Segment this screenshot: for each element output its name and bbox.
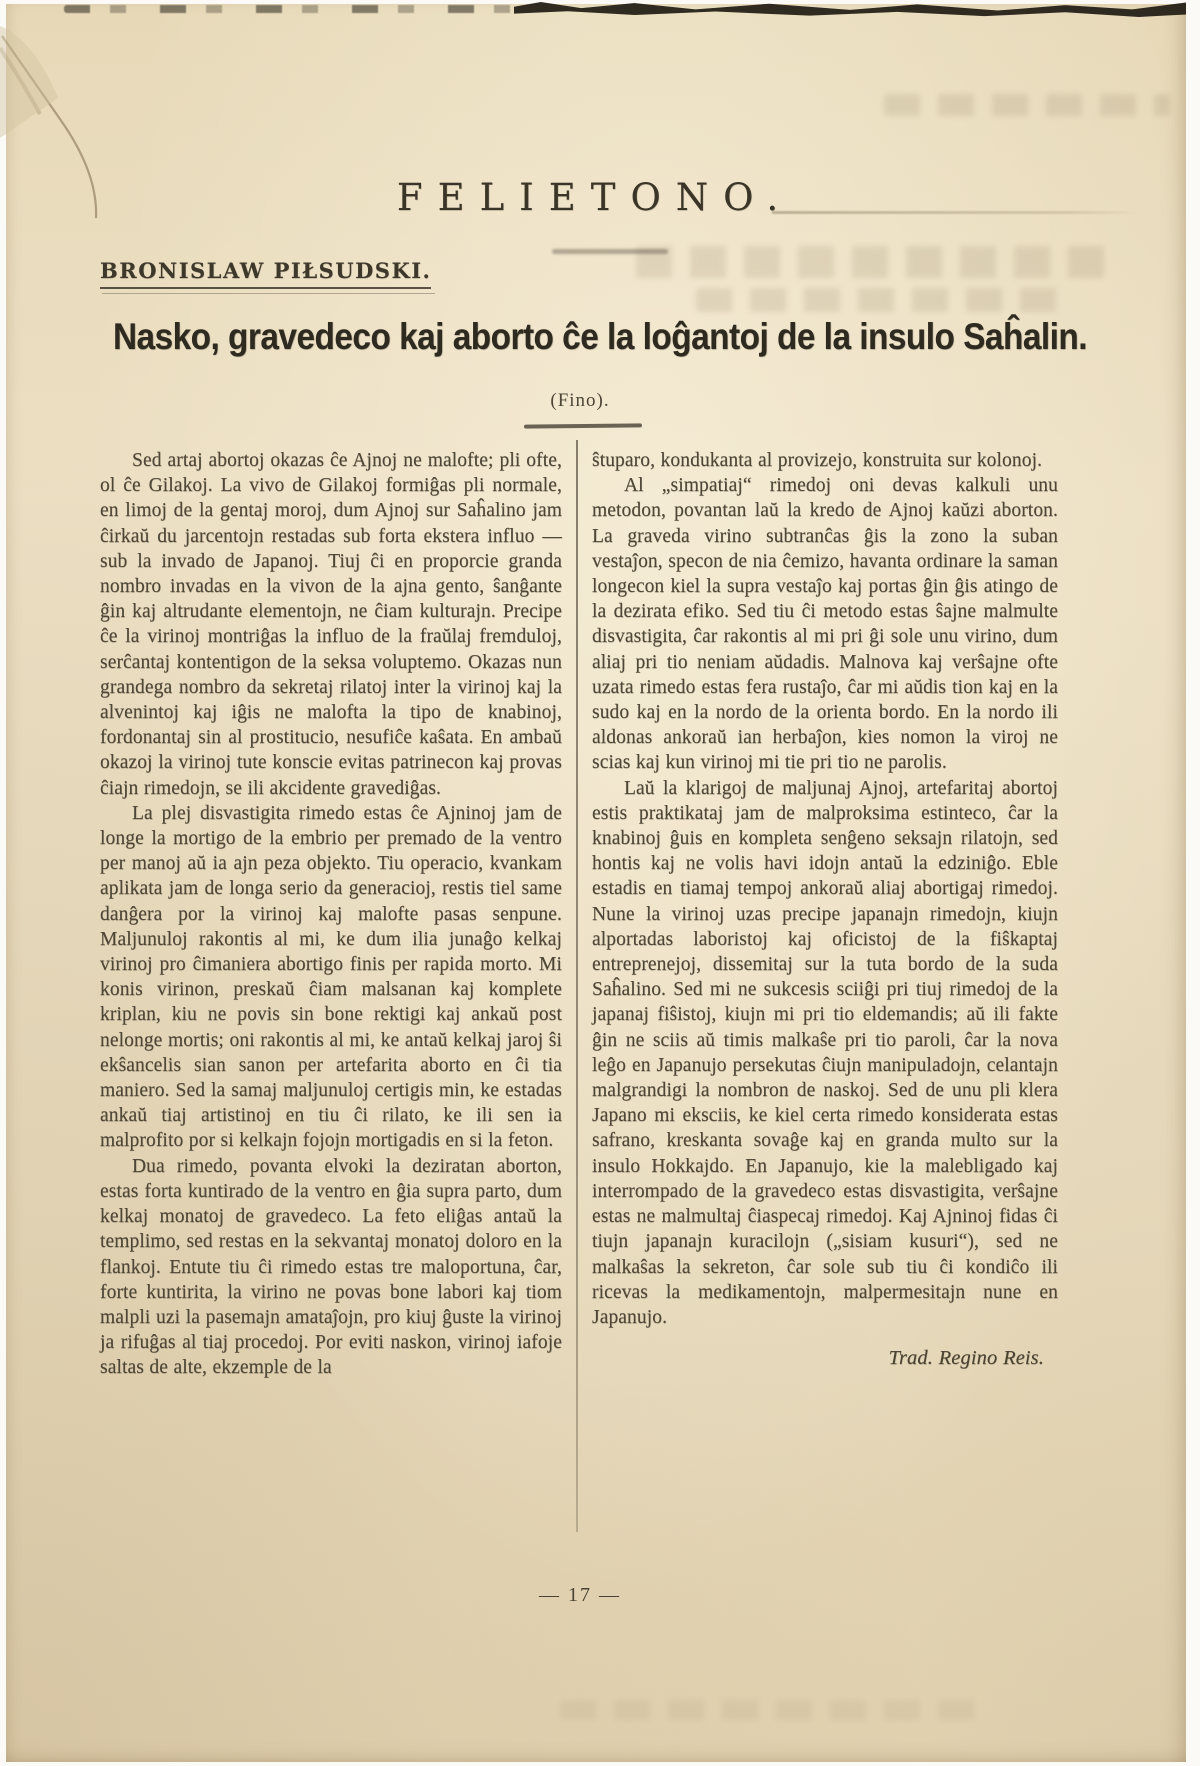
paragraph: Al „simpatiaj“ rimedoj oni devas kalkuli…: [592, 473, 1058, 775]
page-number: — 17 —: [100, 1584, 1060, 1607]
bleedthrough-ghost: [636, 246, 1106, 278]
text-column-left: Sed artaj abortoj okazas ĉe Ajnoj ne mal…: [100, 448, 562, 1381]
paragraph: Sed artaj abortoj okazas ĉe Ajnoj ne mal…: [100, 448, 562, 801]
text-column-right: ŝtuparo, kondukanta al provizejo, konstr…: [592, 448, 1058, 1371]
bleedthrough-ghost: [884, 94, 1170, 116]
paragraph: Dua rimedo, povanta elvoki la deziratan …: [100, 1154, 562, 1381]
paragraph: La plej disvastigita rimedo estas ĉe Ajn…: [100, 801, 562, 1154]
bleedthrough-ghost: [696, 288, 1064, 312]
scan-scratch-band-left: [64, 5, 516, 13]
header-rule: [772, 211, 1140, 214]
bleedthrough-ghost: [560, 1700, 980, 1720]
paragraph: ŝtuparo, kondukanta al provizejo, konstr…: [592, 448, 1058, 473]
article-title: Nasko, gravedeco kaj aborto ĉe la loĝant…: [61, 316, 1139, 358]
header-ornament-dash: [552, 249, 668, 254]
column-divider-rule: [576, 440, 578, 1532]
article-subtitle: (Fino).: [100, 390, 1060, 412]
translator-signature: Trad. Regino Reis.: [592, 1346, 1058, 1371]
author-name: BRONISLAW PIŁSUDSKI.: [100, 258, 431, 289]
scanned-page: { "document": { "section_title": "FELIET…: [0, 0, 1200, 1766]
paragraph: Laŭ la klarigoj de maljunaj Ajnoj, artef…: [592, 776, 1058, 1330]
